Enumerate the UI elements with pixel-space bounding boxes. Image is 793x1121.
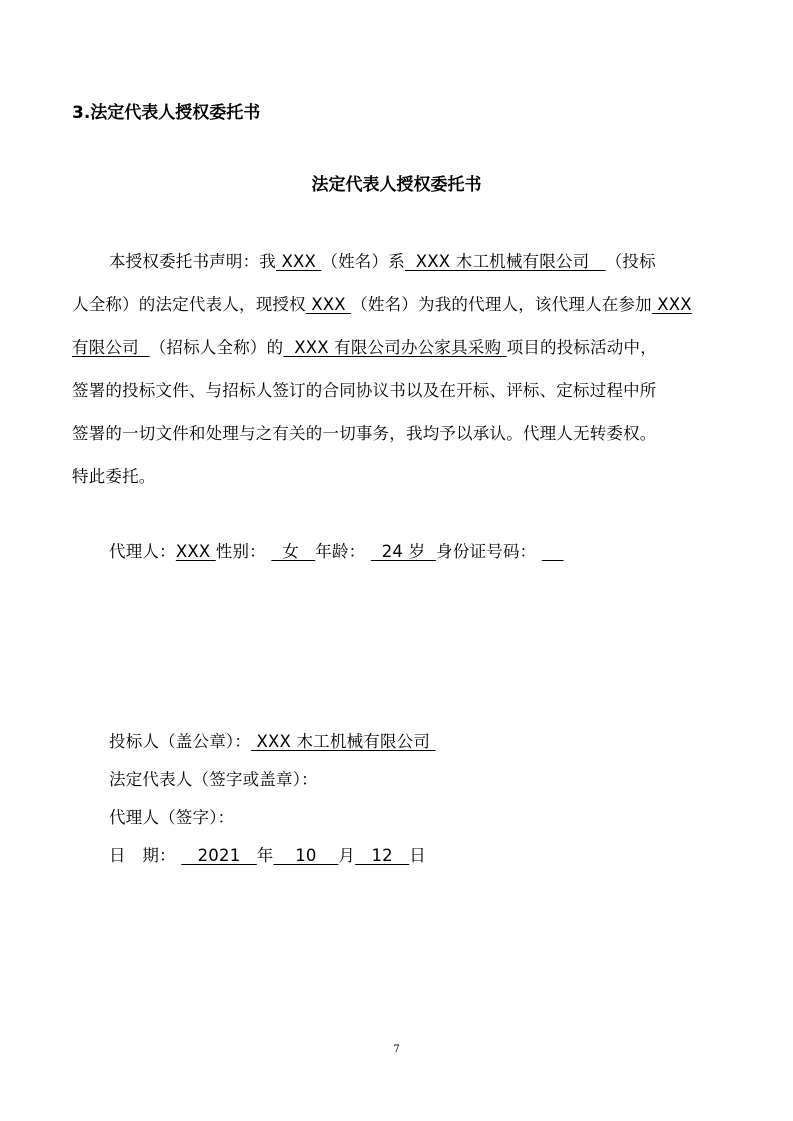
- date-label: 日 期：: [109, 846, 176, 865]
- day-value: 12: [355, 846, 409, 865]
- agent-sign-line: 代理人（签字）：: [109, 804, 234, 828]
- age-value: 24 岁: [371, 542, 436, 561]
- text: （姓名）为我的代理人，该代理人在参加: [351, 295, 652, 314]
- id-label: 身份证号码：: [436, 542, 536, 561]
- age-label: 年龄：: [315, 542, 365, 561]
- tenderer-name-field-cont: 有限公司: [72, 338, 150, 357]
- gender-label: 性别：: [216, 542, 266, 561]
- legal-rep-name-field: XXX: [276, 252, 321, 271]
- document-title: 法定代表人授权委托书: [0, 170, 793, 195]
- id-value: [542, 542, 564, 561]
- bidder-seal-line: 投标人（盖公章）： XXX 木工机械有限公司: [109, 728, 436, 752]
- legal-rep-sign-line: 法定代表人（签字或盖章）：: [109, 766, 318, 790]
- page-number: 7: [0, 1044, 793, 1055]
- bidder-value: XXX 木工机械有限公司: [251, 732, 435, 751]
- text: 本授权委托书声明：我: [109, 252, 276, 271]
- agent-name-field: XXX: [306, 295, 351, 314]
- tenderer-name-field: XXX: [652, 295, 692, 314]
- agent-value: XXX: [176, 542, 216, 561]
- paragraph-line-5: 签署的一切文件和处理与之有关的一切事务，我均予以承认。代理人无转委权。: [72, 420, 657, 444]
- section-heading: 3.法定代表人授权委托书: [72, 98, 260, 123]
- year-value: 2021: [181, 846, 256, 865]
- text: 项目的投标活动中，: [507, 338, 657, 357]
- day-unit: 日: [409, 846, 426, 865]
- date-line: 日 期： 2021 年 10 月 12 日: [109, 842, 426, 866]
- agent-info-line: 代理人：XXX 性别： 女 年龄： 24 岁 身份证号码：: [109, 538, 564, 562]
- paragraph-line-4: 签署的投标文件、与招标人签订的合同协议书以及在开标、评标、定标过程中所: [72, 377, 657, 401]
- text: （姓名）系: [321, 252, 405, 271]
- month-value: 10: [273, 846, 338, 865]
- paragraph-line-3: 有限公司 （招标人全称）的 XXX 有限公司办公家具采购 项目的投标活动中，: [72, 334, 657, 358]
- paragraph-line-2: 人全称）的法定代表人，现授权 XXX （姓名）为我的代理人，该代理人在参加 XX…: [72, 291, 692, 315]
- bidder-name-field: XXX 木工机械有限公司: [405, 252, 606, 271]
- gender-value: 女: [271, 542, 315, 561]
- text: （投标: [606, 252, 656, 271]
- bidder-label: 投标人（盖公章）：: [109, 732, 251, 751]
- paragraph-line-1: 本授权委托书声明：我 XXX （姓名）系 XXX 木工机械有限公司 （投标: [109, 248, 656, 272]
- agent-label: 代理人：: [109, 542, 176, 561]
- project-name-field: XXX 有限公司办公家具采购: [283, 338, 506, 357]
- year-unit: 年: [257, 846, 274, 865]
- text: 人全称）的法定代表人，现授权: [72, 295, 306, 314]
- paragraph-line-6: 特此委托。: [72, 463, 156, 487]
- month-unit: 月: [338, 846, 355, 865]
- text: （招标人全称）的: [150, 338, 284, 357]
